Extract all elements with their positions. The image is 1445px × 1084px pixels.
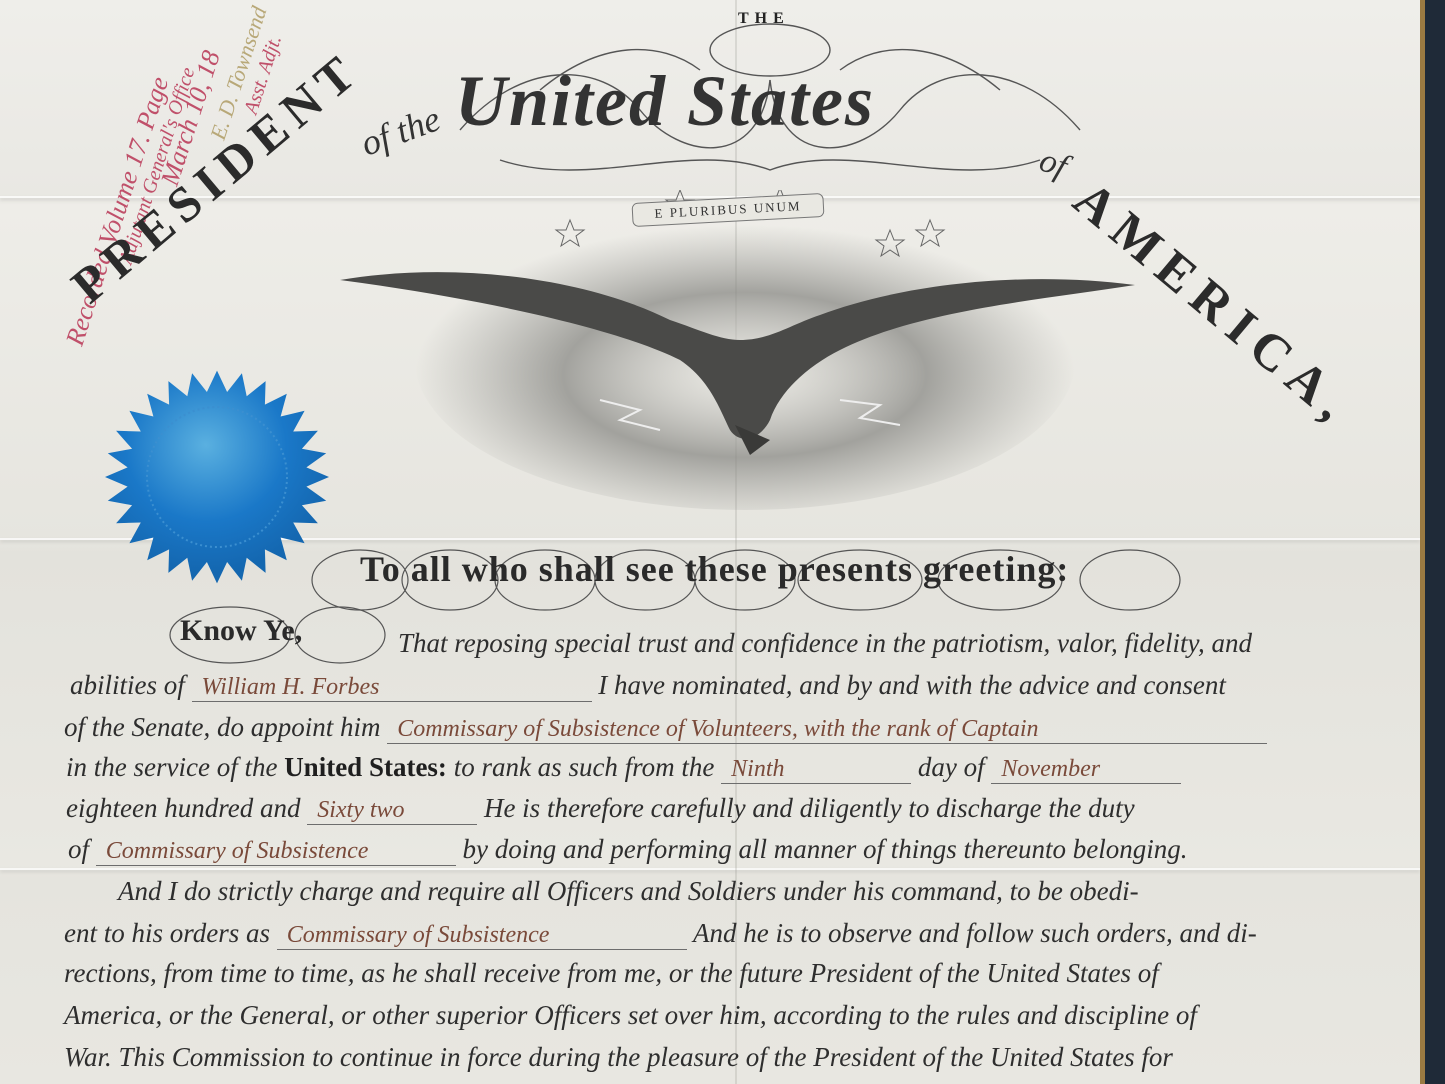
body-text: abilities of (70, 670, 185, 700)
body-text: in the service of the (66, 752, 277, 782)
body-line: rections, from time to time, as he shall… (64, 958, 1159, 989)
orders-role-field: Commissary of Subsistence (277, 922, 687, 950)
body-line: abilities of William H. Forbes I have no… (70, 670, 1226, 702)
month-field: November (991, 756, 1181, 784)
header-president: PRESIDENT (60, 40, 372, 315)
eagle-vignette-icon (340, 190, 1140, 520)
day-field: Ninth (721, 756, 911, 784)
body-text: ent to his orders as (64, 918, 270, 948)
body-text: to rank as such from the (454, 752, 715, 782)
body-text: That reposing special trust and confiden… (398, 628, 1252, 658)
header-the: THE (738, 10, 790, 28)
body-text: America, or the General, or other superi… (64, 1000, 1197, 1030)
body-text: by doing and performing all manner of th… (463, 834, 1188, 864)
body-text: And he is to observe and follow such ord… (693, 918, 1257, 948)
body-line: America, or the General, or other superi… (64, 1000, 1197, 1031)
commission-paper: Recorded Volume 17. Page Adjutant Genera… (0, 0, 1420, 1084)
body-line: of the Senate, do appoint him Commissary… (64, 712, 1267, 744)
body-text: of the Senate, do appoint him (64, 712, 380, 742)
body-line: And I do strictly charge and require all… (118, 876, 1139, 907)
frame-mat (1425, 0, 1445, 1084)
body-line: War. This Commission to continue in forc… (64, 1042, 1173, 1073)
body-text: And I do strictly charge and require all… (118, 876, 1139, 906)
body-text: rections, from time to time, as he shall… (64, 958, 1159, 988)
appointee-name-field: William H. Forbes (192, 674, 592, 702)
body-line: eighteen hundred and Sixty two He is the… (66, 793, 1135, 825)
body-text: War. This Commission to continue in forc… (64, 1042, 1173, 1072)
body-text: I have nominated, and by and with the ad… (598, 670, 1226, 700)
header-united-states: United States (455, 60, 875, 143)
header-of-the: of the (355, 97, 445, 164)
greeting-heading: To all who shall see these presents gree… (360, 548, 1069, 590)
body-line: ent to his orders as Commissary of Subsi… (64, 918, 1257, 950)
know-ye-heading: Know Ye, (180, 614, 302, 648)
body-text: eighteen hundred and (66, 793, 300, 823)
body-text: of (68, 834, 89, 864)
united-states-blackletter: United States: (284, 752, 447, 782)
body-line: in the service of the United States: to … (66, 752, 1181, 784)
year-field: Sixty two (307, 797, 477, 825)
body-text: day of (918, 752, 985, 782)
position-rank-field: Commissary of Subsistence of Volunteers,… (387, 716, 1267, 744)
duty-field: Commissary of Subsistence (96, 838, 456, 866)
body-line: That reposing special trust and confiden… (398, 628, 1252, 659)
fold-line (0, 868, 1420, 870)
body-text: He is therefore carefully and diligently… (484, 793, 1135, 823)
body-line: of Commissary of Subsistence by doing an… (68, 834, 1187, 866)
